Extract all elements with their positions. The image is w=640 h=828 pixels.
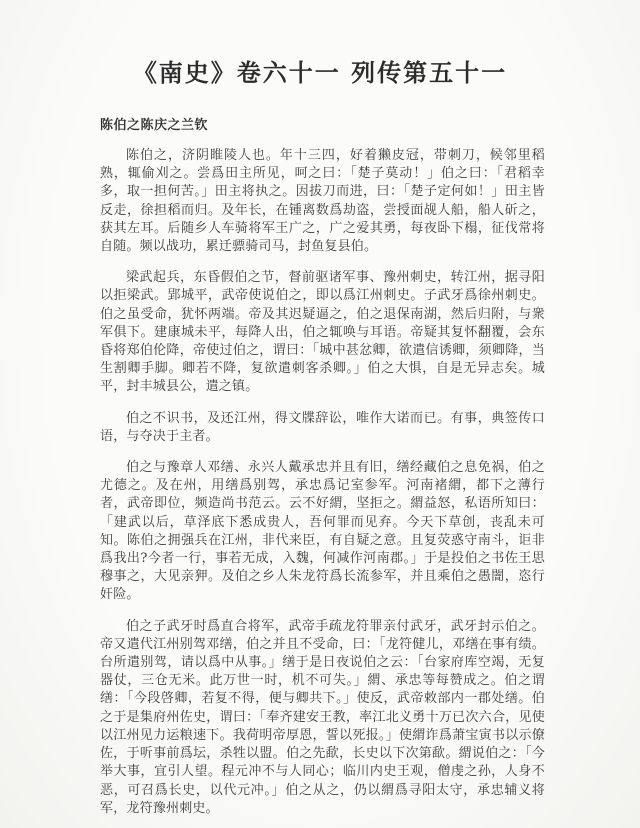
paragraph: 伯之不识书，及还江州，得文牒辞讼，唯作大诺而已。有事，典签传口语，与夺决于主者。	[100, 410, 545, 446]
document-body: 陈伯之，济阴睢陵人也。年十三四，好着獭皮冠，带刺刀，候邻里稻熟，辄偷刈之。尝爲田…	[100, 147, 545, 818]
page-title: 《南史》卷六十一 列传第五十一	[0, 0, 640, 88]
paragraph: 伯之与豫章人邓缮、永兴人戴承忠并且有旧，缮经藏伯之息免祸，伯之尤德之。及在州，用…	[100, 459, 545, 605]
section-heading: 陈伯之陈庆之兰钦	[100, 114, 640, 133]
paragraph: 陈伯之，济阴睢陵人也。年十三四，好着獭皮冠，带刺刀，候邻里稻熟，辄偷刈之。尝爲田…	[100, 147, 545, 256]
paragraph: 梁武起兵，东昏假伯之节，督前驱诸军事、豫州刺史，转江州，据寻阳以拒梁武。郢城平，…	[100, 269, 545, 396]
paragraph: 伯之子武牙时爲直合将军，武帝手疏龙符罪亲付武牙，武牙封示伯之。帝又遣代江州别驾邓…	[100, 618, 545, 818]
document-page: 《南史》卷六十一 列传第五十一 陈伯之陈庆之兰钦 陈伯之，济阴睢陵人也。年十三四…	[0, 0, 640, 828]
